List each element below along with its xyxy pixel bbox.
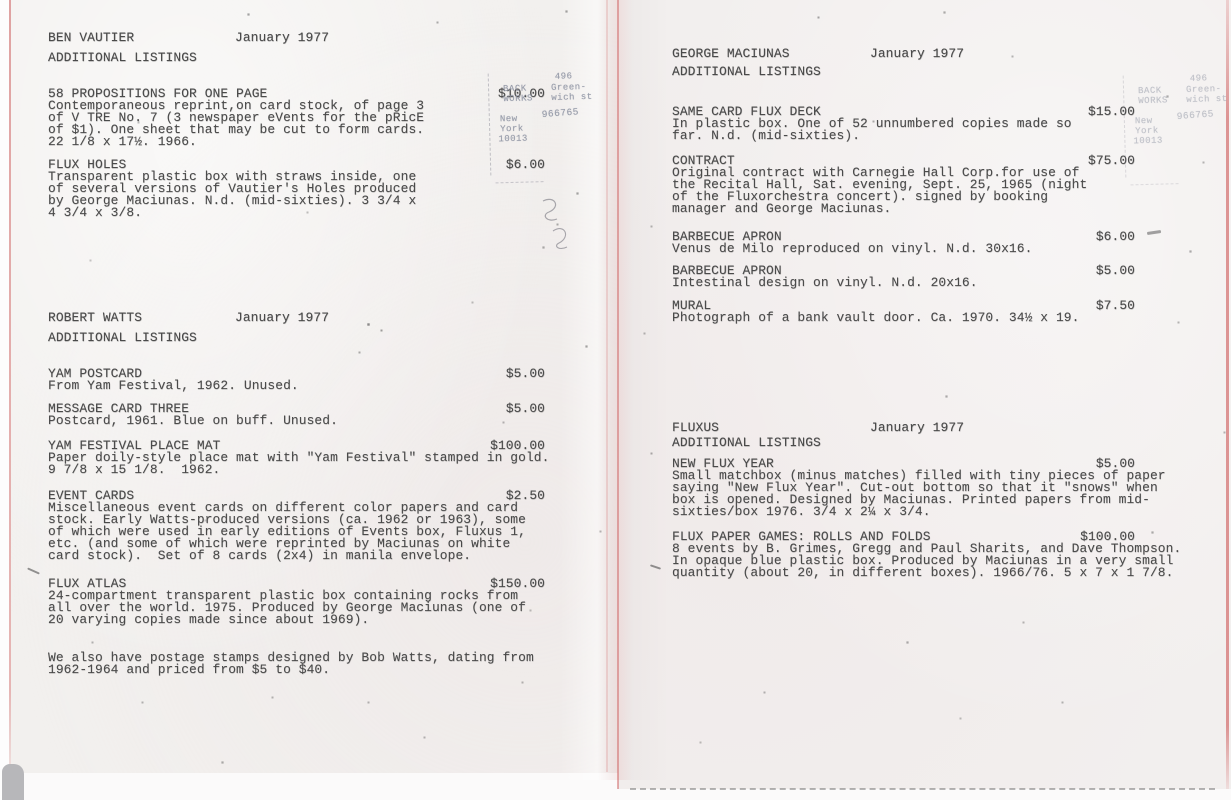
listing-item: FLUX PAPER GAMES: ROLLS AND FOLDS $100.0… bbox=[672, 531, 1135, 579]
stamp-phone: 966765 bbox=[541, 107, 579, 119]
stamp-street-number: 496 bbox=[1190, 74, 1208, 83]
scanned-catalog-spread: BEN VAUTIER January 1977 ADDITIONAL LIST… bbox=[0, 0, 1231, 800]
stamp-street-2: wich st bbox=[551, 93, 593, 103]
item-description: 24-compartment transparent plastic box c… bbox=[48, 590, 545, 626]
listing-item: YAM POSTCARD $5.00 From Yam Festival, 19… bbox=[48, 368, 545, 392]
item-description: Photograph of a bank vault door. Ca. 197… bbox=[672, 312, 1135, 324]
listing-item: BARBECUE APRON $5.00 Intestinal design o… bbox=[672, 265, 1135, 289]
listing-item: FLUX ATLAS $150.00 24-compartment transp… bbox=[48, 578, 545, 626]
listing-item: SAME CARD FLUX DECK $15.00 In plastic bo… bbox=[672, 106, 1135, 142]
stamp-street-number: 496 bbox=[555, 72, 573, 81]
item-price: $5.00 bbox=[506, 368, 545, 380]
item-description: Paper doily-style place mat with "Yam Fe… bbox=[48, 452, 545, 476]
scan-noise-speckles bbox=[0, 0, 1, 1]
footnote: We also have postage stamps designed by … bbox=[48, 652, 534, 676]
item-description: Original contract with Carnegie Hall Cor… bbox=[672, 167, 1135, 215]
item-price: $7.50 bbox=[1096, 300, 1135, 312]
red-fold-line-2 bbox=[617, 0, 619, 789]
stamp-zip: 10013 bbox=[498, 135, 528, 145]
listing-item: EVENT CARDS $2.50 Miscellaneous event ca… bbox=[48, 490, 545, 562]
item-description: Small matchbox (minus matches) filled wi… bbox=[672, 470, 1135, 518]
section-label: ADDITIONAL LISTINGS bbox=[672, 66, 821, 78]
artist-name: FLUXUS bbox=[672, 422, 719, 434]
item-price: $6.00 bbox=[1096, 231, 1135, 243]
artist-name: ROBERT WATTS bbox=[48, 312, 142, 324]
item-description: Transparent plastic box with straws insi… bbox=[48, 171, 545, 219]
backworks-stamp: 496 BACK Green- WORKS wich st 966765 New… bbox=[1123, 72, 1231, 177]
section-label: ADDITIONAL LISTINGS bbox=[672, 437, 821, 449]
backworks-stamp: 496 BACK Green- WORKS wich st 966765 New… bbox=[488, 70, 610, 175]
item-description: 8 events by B. Grimes, Gregg and Paul Sh… bbox=[672, 543, 1135, 579]
pen-squiggle bbox=[533, 193, 583, 253]
item-description: Contemporaneous reprint,on card stock, o… bbox=[48, 100, 545, 148]
item-description: Venus de Milo reproduced on vinyl. N.d. … bbox=[672, 243, 1135, 255]
listing-item: 58 PROPOSITIONS FOR ONE PAGE $10.00 Cont… bbox=[48, 88, 545, 148]
red-edge-line-left bbox=[9, 0, 11, 768]
page-bottom-edge bbox=[630, 788, 1215, 790]
footnote-text: We also have postage stamps designed by … bbox=[48, 652, 534, 676]
stamp-phone: 966765 bbox=[1176, 109, 1214, 121]
item-description: In plastic box. One of 52 unnumbered cop… bbox=[672, 118, 1135, 142]
listing-item: FLUX HOLES $6.00 Transparent plastic box… bbox=[48, 159, 545, 219]
item-price: $5.00 bbox=[1096, 265, 1135, 277]
catalog-date: January 1977 bbox=[870, 48, 964, 60]
stamp-works: WORKS bbox=[503, 94, 533, 104]
item-description: Miscellaneous event cards on different c… bbox=[48, 502, 545, 562]
stamp-works: WORKS bbox=[1138, 96, 1168, 106]
scanner-corner-shadow bbox=[2, 764, 24, 800]
stamp-zip: 10013 bbox=[1133, 137, 1163, 147]
section-label: ADDITIONAL LISTINGS bbox=[48, 332, 197, 344]
scanner-background bbox=[0, 773, 618, 800]
stamp-city-1: New bbox=[500, 115, 518, 124]
listing-item: YAM FESTIVAL PLACE MAT $100.00 Paper doi… bbox=[48, 440, 545, 476]
artist-name: GEORGE MACIUNAS bbox=[672, 48, 790, 60]
item-description: Intestinal design on vinyl. N.d. 20x16. bbox=[672, 277, 1135, 289]
stamp-street-2: wich st bbox=[1186, 95, 1228, 105]
listing-item: BARBECUE APRON $6.00 Venus de Milo repro… bbox=[672, 231, 1135, 255]
item-price: $5.00 bbox=[506, 403, 545, 415]
catalog-date: January 1977 bbox=[870, 422, 964, 434]
catalog-date: January 1977 bbox=[235, 32, 329, 44]
listing-item: CONTRACT $75.00 Original contract with C… bbox=[672, 155, 1135, 215]
catalog-date: January 1977 bbox=[235, 312, 329, 324]
item-description: From Yam Festival, 1962. Unused. bbox=[48, 380, 545, 392]
artist-name: BEN VAUTIER bbox=[48, 32, 134, 44]
listing-item: MESSAGE CARD THREE $5.00 Postcard, 1961.… bbox=[48, 403, 545, 427]
section-label: ADDITIONAL LISTINGS bbox=[48, 52, 197, 64]
listing-item: MURAL $7.50 Photograph of a bank vault d… bbox=[672, 300, 1135, 324]
scanner-edge-strip bbox=[0, 0, 9, 800]
listing-item: NEW FLUX YEAR $5.00 Small matchbox (minu… bbox=[672, 458, 1135, 518]
item-description: Postcard, 1961. Blue on buff. Unused. bbox=[48, 415, 545, 427]
stamp-city-1: New bbox=[1135, 117, 1153, 126]
